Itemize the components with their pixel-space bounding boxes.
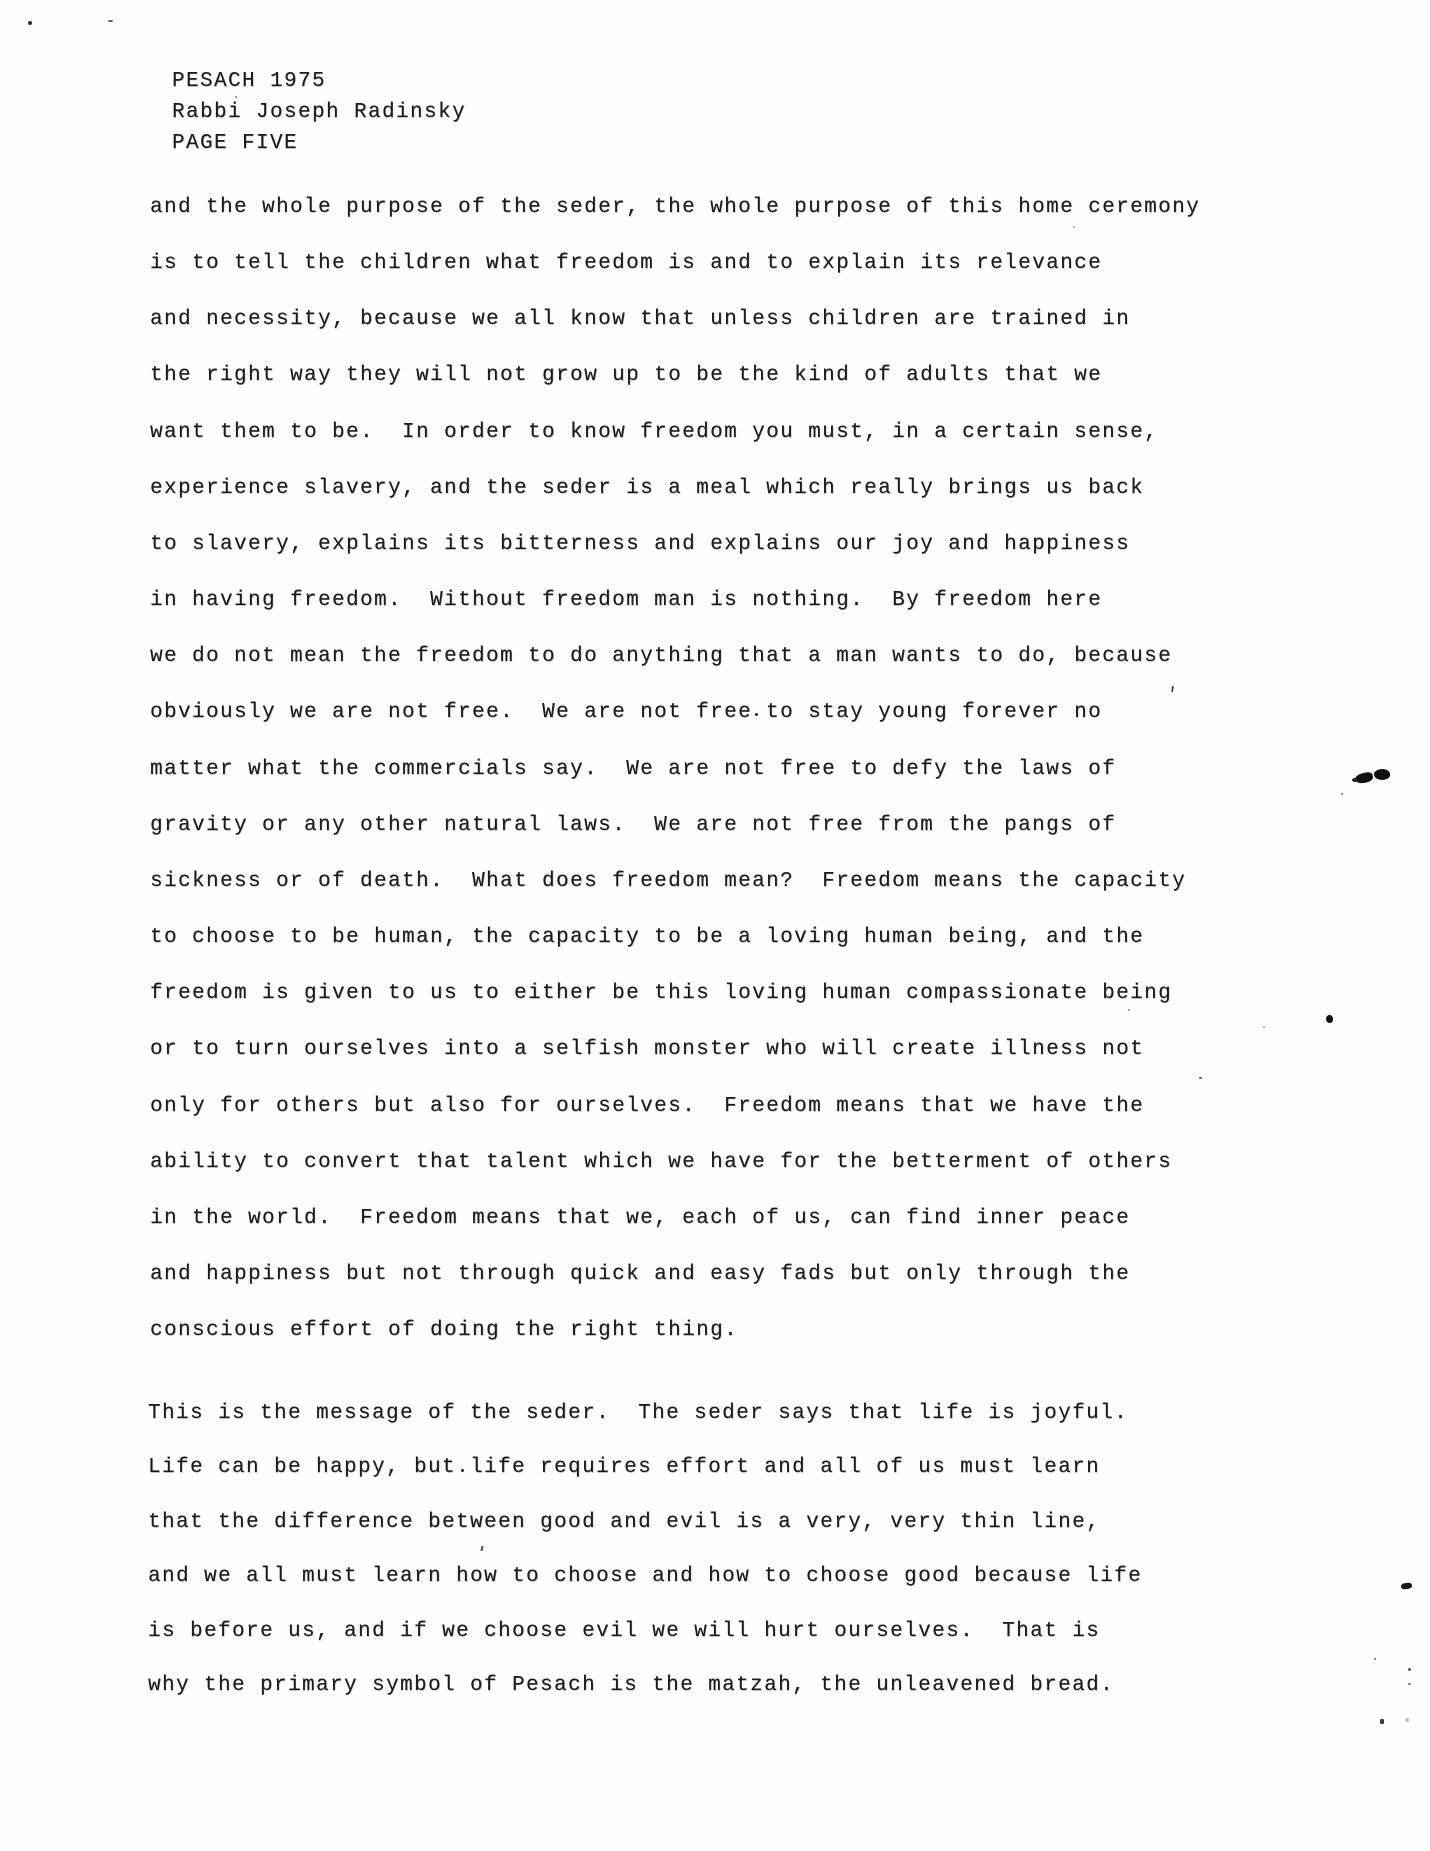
text-line: that the difference between good and evi…: [148, 1496, 1142, 1550]
text-line: conscious effort of doing the right thin…: [150, 1303, 1200, 1359]
text-line: to slavery, explains its bitterness and …: [150, 517, 1200, 573]
ink-dot-artifact: [1326, 1015, 1333, 1023]
text-line: sickness or of death. What does freedom …: [150, 854, 1200, 910]
text-line: gravity or any other natural laws. We ar…: [150, 798, 1200, 854]
header-author: Rabbi Joseph Radinsky: [172, 97, 466, 128]
text-line: the right way they will not grow up to b…: [150, 348, 1200, 404]
text-line: want them to be. In order to know freedo…: [150, 405, 1200, 461]
document-header: PESACH 1975 Rabbi Joseph Radinsky PAGE F…: [172, 66, 466, 159]
scanned-document-page: PESACH 1975 Rabbi Joseph Radinsky PAGE F…: [0, 0, 1430, 1851]
text-line: matter what the commercials say. We are …: [150, 742, 1200, 798]
ink-speck-artifact: [1408, 1683, 1411, 1685]
text-line: Life can be happy, but life requires eff…: [148, 1441, 1142, 1495]
text-line: is before us, and if we choose evil we w…: [148, 1605, 1142, 1659]
ink-speck-artifact: [1374, 1658, 1376, 1660]
ink-dash-artifact: [1401, 1582, 1413, 1589]
text-line: This is the message of the seder. The se…: [148, 1387, 1142, 1441]
text-line: and the whole purpose of the seder, the …: [150, 180, 1200, 236]
ink-smudge-artifact: [1352, 766, 1394, 788]
ink-speck-artifact: [1405, 1718, 1409, 1722]
text-line: we do not mean the freedom to do anythin…: [150, 629, 1200, 685]
ink-speck-artifact: [1408, 1668, 1411, 1671]
header-title: PESACH 1975: [172, 66, 466, 97]
text-line: in having freedom. Without freedom man i…: [150, 573, 1200, 629]
header-page-number: PAGE FIVE: [172, 128, 466, 159]
text-line: ability to convert that talent which we …: [150, 1135, 1200, 1191]
paragraph-2: This is the message of the seder. The se…: [148, 1387, 1142, 1713]
text-line: obviously we are not free. We are not fr…: [150, 685, 1200, 741]
paragraph-1: and the whole purpose of the seder, the …: [150, 180, 1200, 1359]
text-line: and happiness but not through quick and …: [150, 1247, 1200, 1303]
text-line: is to tell the children what freedom is …: [150, 236, 1200, 292]
ink-speck-artifact: [28, 21, 32, 25]
text-line: experience slavery, and the seder is a m…: [150, 461, 1200, 517]
text-line: in the world. Freedom means that we, eac…: [150, 1191, 1200, 1247]
text-line: and we all must learn how to choose and …: [148, 1550, 1142, 1604]
ink-speck-artifact: [1263, 1026, 1265, 1028]
ink-speck-artifact: [1341, 793, 1343, 795]
ink-speck-artifact: [108, 20, 113, 22]
text-line: and necessity, because we all know that …: [150, 292, 1200, 348]
ink-speck-artifact: [1380, 1719, 1384, 1724]
text-line: freedom is given to us to either be this…: [150, 966, 1200, 1022]
text-line: why the primary symbol of Pesach is the …: [148, 1659, 1142, 1713]
text-line: only for others but also for ourselves. …: [150, 1079, 1200, 1135]
text-line: or to turn ourselves into a selfish mons…: [150, 1022, 1200, 1078]
text-line: to choose to be human, the capacity to b…: [150, 910, 1200, 966]
